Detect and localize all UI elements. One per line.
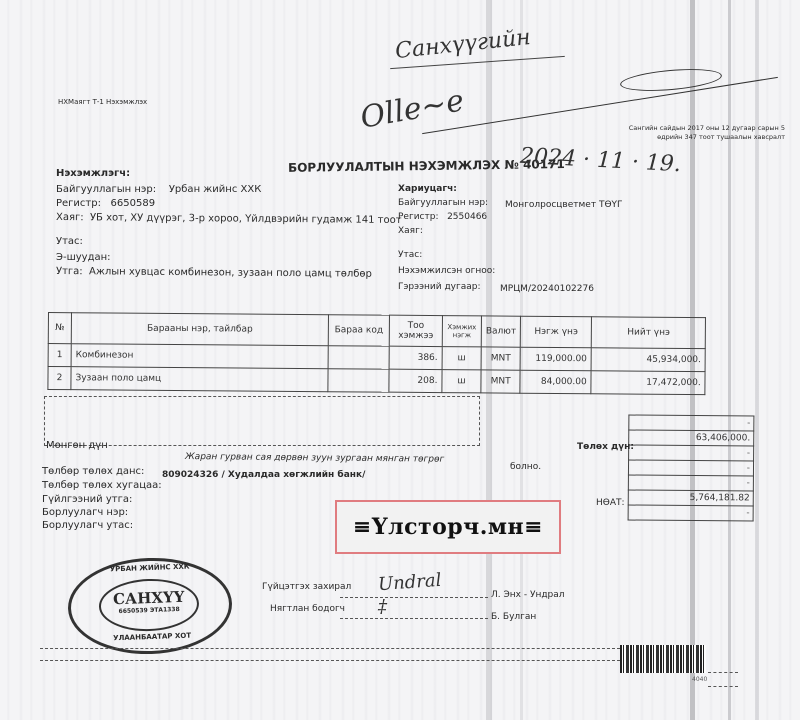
- director-name: Л. Энх - Ундрал: [491, 590, 565, 600]
- issuer-reg-value: 6650589: [111, 198, 156, 209]
- vat-value: 5,764,181.82: [628, 490, 753, 506]
- payer-heading: Хариуцагч:: [398, 184, 457, 194]
- company-stamp: УРБАН ЖИЙНС ХХК САНХҮҮ 6650539 ЭТА1338 У…: [66, 555, 233, 657]
- row-code: [328, 369, 389, 392]
- payer-contract-label: Гэрээний дугаар:: [398, 282, 481, 292]
- totals-cell: -: [629, 415, 754, 431]
- stamp-top-text: УРБАН ЖИЙНС ХХК: [100, 562, 200, 573]
- footer-divider: [40, 648, 620, 649]
- row-unit: ш: [442, 347, 481, 370]
- row-name: Комбинезон: [71, 344, 328, 369]
- col-header-no: №: [48, 313, 71, 344]
- amount-words-label: Мөнгөн дүн: [46, 440, 108, 451]
- watermark-logo-text: ≡Үлсторч.мн≡: [353, 514, 543, 540]
- payer-phone-label: Утас:: [398, 250, 422, 260]
- director-signature: Undral: [377, 570, 442, 595]
- issuer-reg: Регистр: 6650589: [56, 198, 155, 209]
- payment-account-label: Төлбөр төлөх данс:: [42, 466, 144, 477]
- payable-value: 63,406,000.: [629, 430, 754, 446]
- vat-label: НӨАТ:: [596, 498, 625, 508]
- row-currency: MNT: [481, 370, 520, 393]
- payer-reg-value: 2550466: [447, 212, 487, 222]
- issuer-address-value: УБ хот, ХУ дүүрэг, 3-р хороо, Үйлдвэрийн…: [90, 212, 402, 226]
- form-reference: НХМаягт Т-1 Нэхэмжлэх: [58, 98, 147, 106]
- payment-account-value: 809024326 / Худалдаа хөгжлийн банк/: [162, 470, 365, 480]
- stamp-inner: САНХҮҮ 6650539 ЭТА1338: [98, 577, 200, 632]
- handwritten-note-top: Санхүүгийн: [394, 25, 532, 64]
- issuer-reg-label: Регистр:: [56, 198, 101, 209]
- signature-loop: [619, 66, 722, 95]
- watermark-text: Үлсторч.мн: [372, 514, 524, 540]
- stamp-bottom-text: УЛААНБААТАР ХОТ: [102, 631, 202, 642]
- payer-reg: Регистр: 2550466: [398, 212, 487, 222]
- amount-words-suffix: болно.: [510, 462, 541, 472]
- row-code: [328, 346, 389, 369]
- row-total: 17,472,000.: [591, 371, 705, 395]
- issuer-org: Байгууллагын нэр: Урбан жийнс ХХК: [56, 184, 261, 195]
- row-qty: 208.: [389, 369, 442, 392]
- invoice-items-table: № Барааны нэр, тайлбар Бараа код Тоо хэм…: [47, 312, 706, 395]
- col-header-code: Бараа код: [328, 315, 389, 346]
- issuer-email-label: Э-шуудан:: [56, 252, 111, 263]
- payment-txn-label: Гүйлгээний утга:: [42, 494, 132, 505]
- table-row: 2 Зузаан поло цамц 208. ш MNT 84,000.00 …: [48, 367, 705, 395]
- barcode: [620, 645, 706, 673]
- scan-streak: [728, 0, 731, 720]
- row-no: 1: [48, 344, 71, 367]
- issuer-address: Хаяг: УБ хот, ХУ дүүрэг, 3-р хороо, Үйлд…: [56, 212, 402, 226]
- row-currency: MNT: [481, 347, 520, 370]
- totals-cell: -: [628, 460, 753, 476]
- accountant-signature: ‡: [378, 596, 387, 617]
- totals-cell: -: [629, 445, 754, 461]
- totals-table: - 63,406,000. - - - 5,764,181.82 -: [628, 415, 755, 522]
- table-header-row: № Барааны нэр, тайлбар Бараа код Тоо хэм…: [48, 313, 705, 349]
- footer-divider: [708, 686, 738, 687]
- issuer-org-value: Урбан жийнс ХХК: [169, 184, 261, 195]
- director-label: Гүйцэтгэх захирал: [262, 582, 351, 592]
- stamp-center-text: САНХҮҮ: [100, 587, 197, 608]
- accountant-label: Нягтлан бодогч: [270, 604, 345, 614]
- payer-org-value: Монголросцветмет ТӨҮГ: [505, 200, 623, 210]
- issuer-purpose-label: Утга:: [56, 266, 83, 277]
- watermark-logo: ≡Үлсторч.мн≡: [335, 500, 561, 554]
- legal-note-line1: Сангийн сайдын 2017 оны 12 дугаар сарын …: [605, 124, 785, 133]
- totals-cell: -: [628, 505, 753, 521]
- payable-label: Төлөх дүн:: [577, 442, 634, 452]
- col-header-name: Барааны нэр, тайлбар: [71, 313, 328, 346]
- issuer-purpose-value: Ажлын хувцас комбинезон, зузаан поло цам…: [89, 266, 372, 279]
- seller-phone-label: Борлуулагч утас:: [42, 520, 133, 531]
- totals-cell: -: [628, 475, 753, 491]
- issuer-org-label: Байгууллагын нэр:: [56, 184, 156, 195]
- legal-note: Сангийн сайдын 2017 оны 12 дугаар сарын …: [605, 124, 785, 142]
- seller-name-label: Борлуулагч нэр:: [42, 507, 128, 518]
- footer-divider: [40, 660, 620, 661]
- amount-words: Жаран гурван сая дөрвөн зуун зургаан мян…: [185, 452, 444, 465]
- issuer-phone-label: Утас:: [56, 236, 83, 247]
- col-header-currency: Валют: [481, 316, 521, 347]
- handwritten-date: 2024 · 11 · 19.: [519, 144, 681, 177]
- barcode-number: 4040: [692, 676, 707, 683]
- issuer-heading: Нэхэмжлэгч:: [56, 168, 130, 179]
- col-header-qty: Тоо хэмжээ: [389, 315, 442, 346]
- issuer-address-label: Хаяг:: [56, 212, 84, 223]
- col-header-unit-price: Нэгж үнэ: [521, 316, 592, 348]
- payer-org-label: Байгууллагын нэр:: [398, 198, 488, 208]
- payer-address-label: Хаяг:: [398, 226, 423, 236]
- issuer-purpose: Утга: Ажлын хувцас комбинезон, зузаан по…: [56, 266, 372, 280]
- payment-due-label: Төлбөр төлөх хугацаа:: [42, 480, 162, 491]
- row-unit: ш: [442, 370, 481, 393]
- col-header-unit: Хэмжих нэгж: [442, 316, 481, 347]
- footer-divider: [708, 672, 738, 673]
- accountant-name: Б. Булган: [491, 612, 536, 622]
- accountant-sign-line: [340, 618, 488, 619]
- payer-contract-value: МРЦМ/20240102276: [500, 284, 594, 294]
- row-total: 45,934,000.: [591, 348, 705, 372]
- row-unit-price: 119,000.00: [520, 347, 591, 371]
- scan-streak: [755, 0, 759, 720]
- col-header-total: Нийт үнэ: [592, 317, 706, 349]
- legal-note-line2: өдрийн 347 тоот тушаалын хавсралт: [605, 133, 785, 142]
- row-qty: 386.: [389, 346, 442, 369]
- row-name: Зузаан поло цамц: [71, 367, 328, 392]
- row-no: 2: [48, 367, 71, 390]
- payer-invoice-date-label: Нэхэмжилсэн огноо:: [398, 266, 495, 276]
- director-sign-line: [340, 597, 488, 598]
- payer-reg-label: Регистр:: [398, 212, 438, 222]
- notes-box: [44, 396, 480, 446]
- row-unit-price: 84,000.00: [520, 370, 591, 394]
